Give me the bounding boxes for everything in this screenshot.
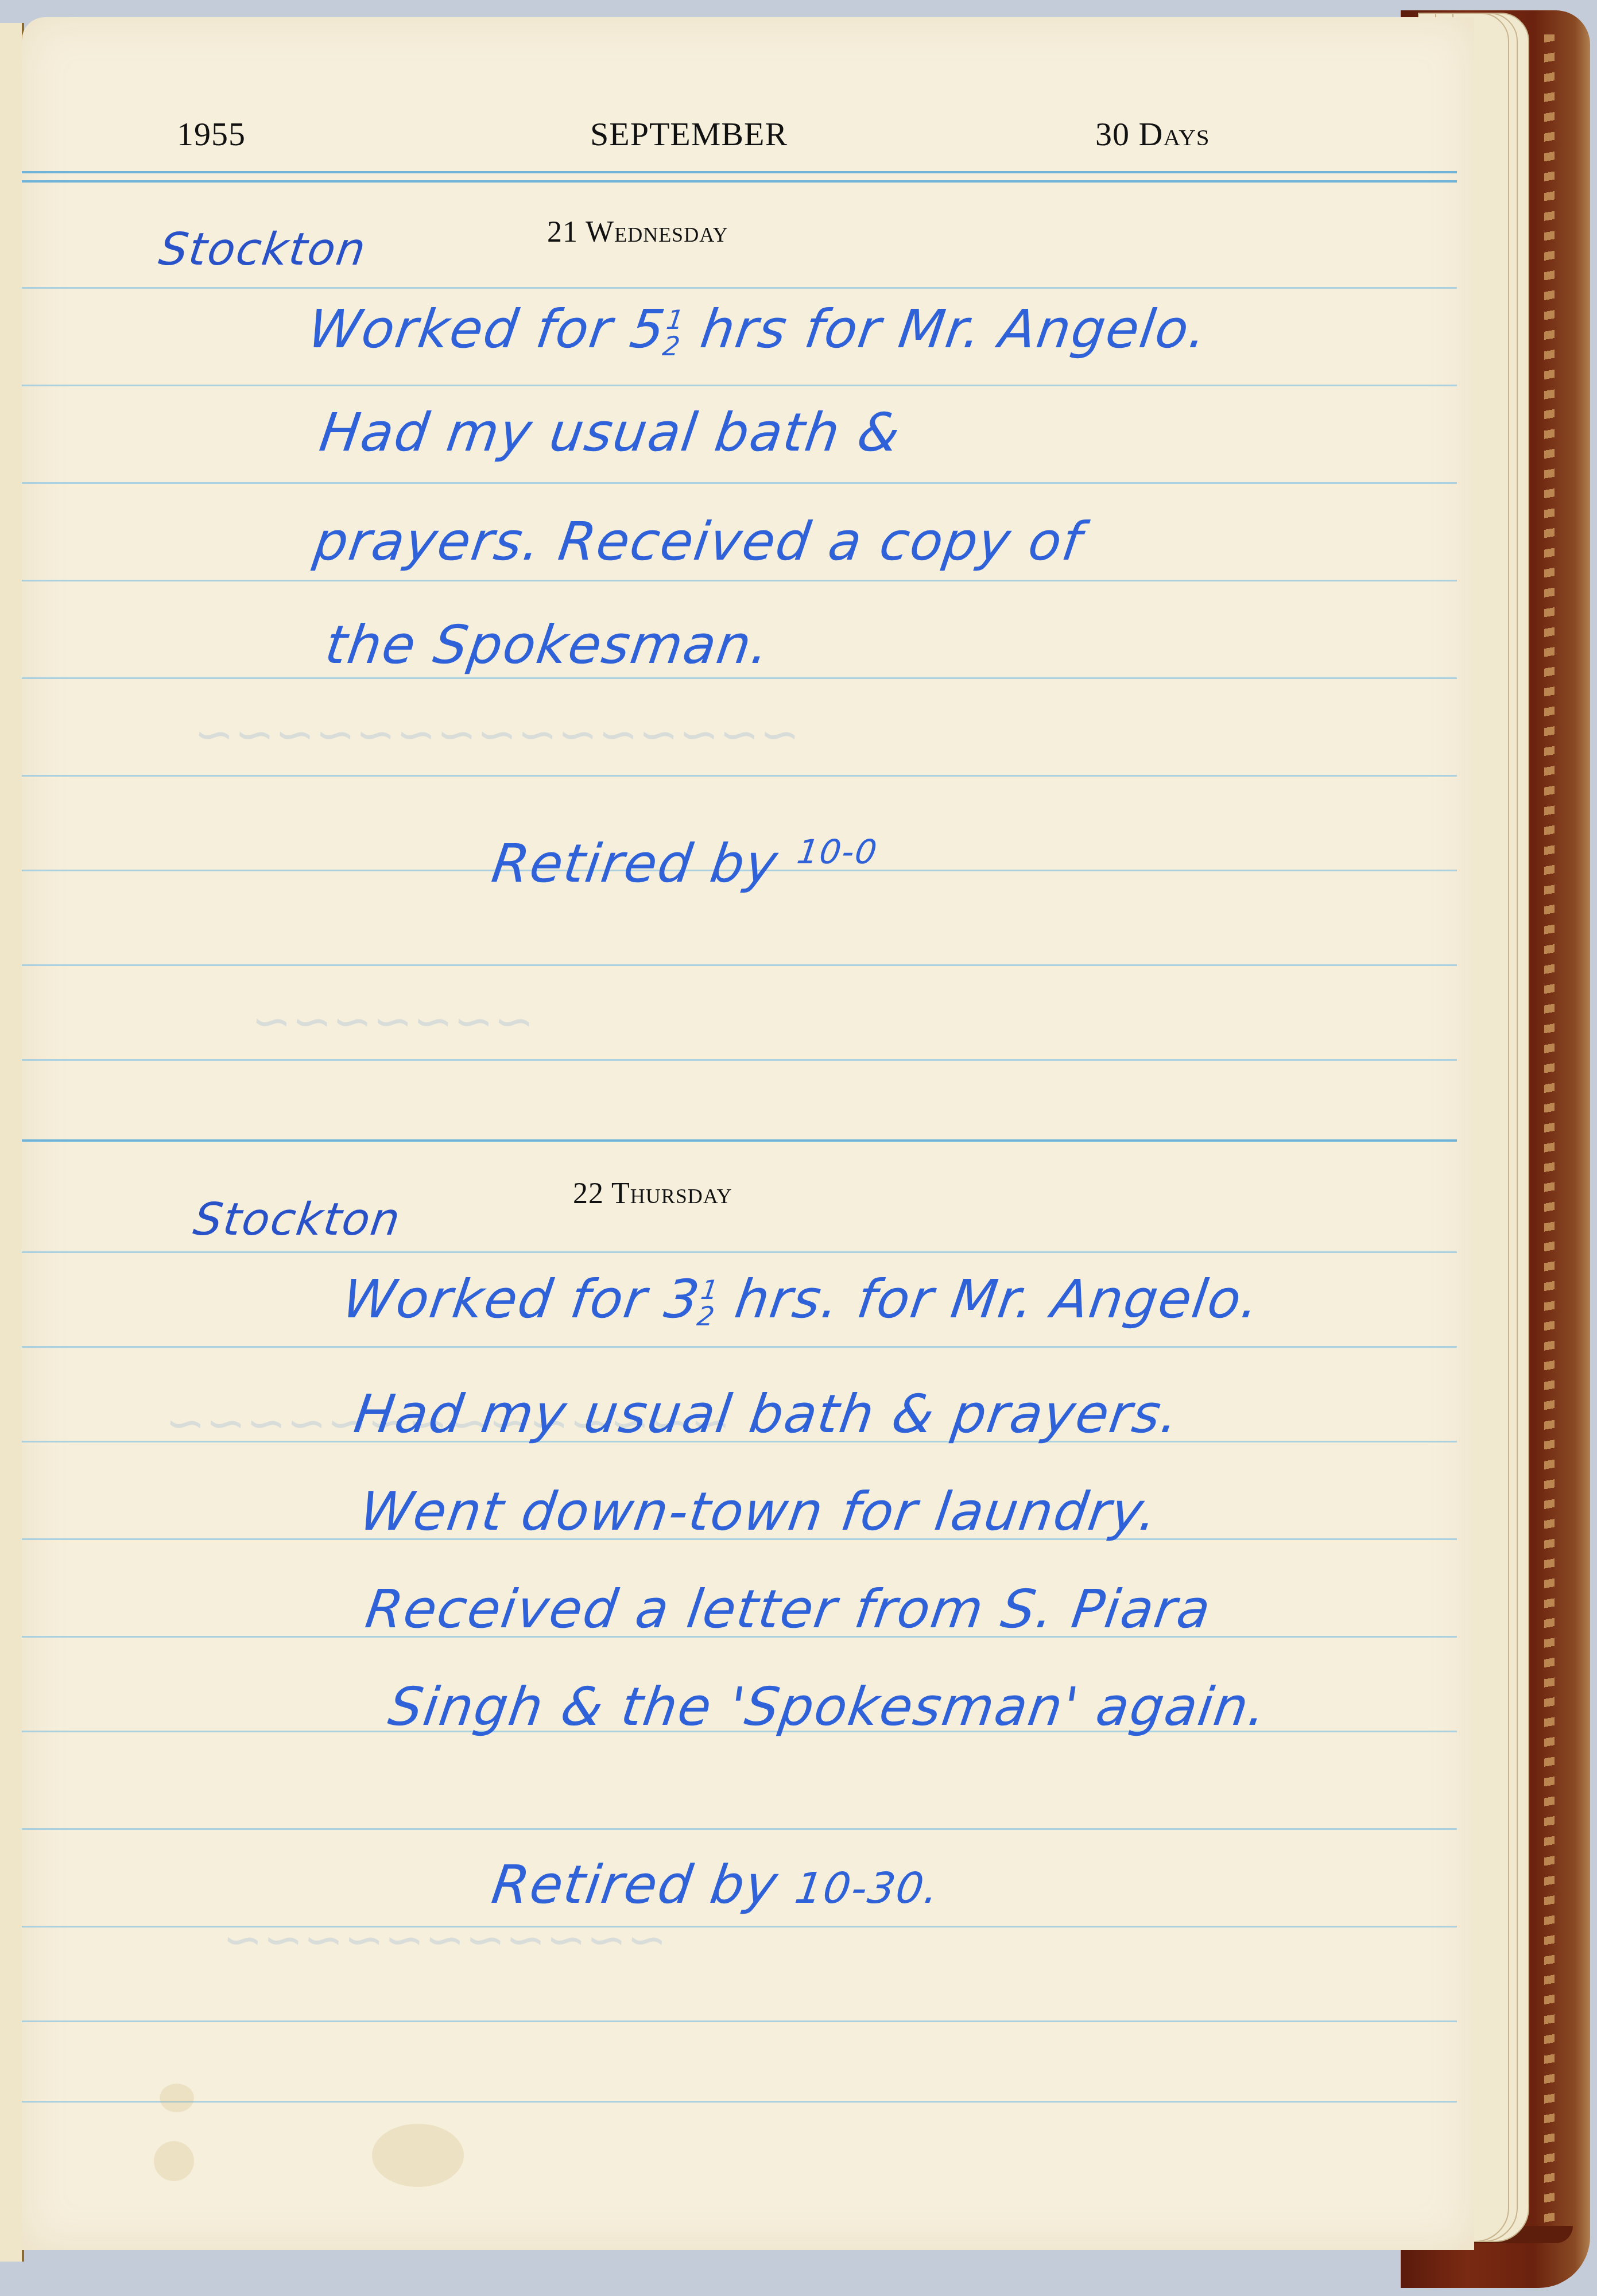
- rule-line: [22, 482, 1457, 484]
- header-days-count: 30 Days: [1095, 115, 1210, 153]
- rule-line: [22, 1251, 1457, 1253]
- rule-line: [22, 677, 1457, 679]
- header-rule: [22, 171, 1457, 173]
- entry-line: Worked for 312 hrs. for Mr. Angelo.: [339, 1269, 1263, 1330]
- header-month: SEPTEMBER: [590, 115, 788, 153]
- date-number: 21: [547, 216, 578, 249]
- cover-stitching: [1544, 34, 1555, 2250]
- entry-line: Singh & the 'Spokesman' again.: [385, 1676, 1271, 1737]
- rule-line: [22, 964, 1457, 966]
- retired-time: 10-30.: [792, 1864, 943, 1913]
- header-rule: [22, 180, 1457, 183]
- rule-line: [22, 775, 1457, 777]
- line-text: hrs for Mr. Angelo.: [679, 298, 1212, 360]
- rule-line: [22, 1346, 1457, 1348]
- rule-line: [22, 2020, 1457, 2022]
- rule-line: [22, 1059, 1457, 1061]
- bleed-through-text: ~~~~~~~~~~~: [220, 1911, 670, 1968]
- left-facing-page: [0, 23, 24, 2262]
- line-text: hrs. for Mr. Angelo.: [714, 1269, 1264, 1330]
- line-text: Worked for 3: [339, 1269, 704, 1330]
- bleed-through-text: ~~~~~~~~~~~~~~~: [191, 706, 803, 762]
- retired-line: Retired by 10-0: [488, 832, 880, 894]
- entry-date: 21 Wednesday: [547, 215, 728, 249]
- rule-line: [22, 580, 1457, 581]
- entry-line: prayers. Received a copy of: [310, 511, 1086, 572]
- entry-place: Stockton: [191, 1194, 404, 1246]
- date-number: 22: [573, 1177, 604, 1210]
- rule-line: [22, 287, 1457, 289]
- rule-line: [22, 385, 1457, 386]
- entry-line: Had my usual bath &: [316, 402, 904, 463]
- entry-line: Had my usual bath & prayers.: [350, 1383, 1183, 1445]
- entry-place: Stockton: [156, 224, 370, 276]
- paper-stain: [154, 2141, 194, 2181]
- retired-text: Retired by: [488, 833, 782, 894]
- weekday: Wednesday: [586, 216, 728, 249]
- retired-text: Retired by: [488, 1854, 782, 1915]
- paper-stain: [372, 2124, 464, 2187]
- entry-line: the Spokesman.: [321, 614, 774, 676]
- retired-line: Retired by 10-30.: [488, 1854, 944, 1915]
- retired-time: 10-0: [794, 832, 880, 871]
- line-text: Worked for 5: [304, 298, 669, 360]
- day-separator-rule: [22, 1139, 1457, 1142]
- entry-date: 22 Thursday: [573, 1177, 732, 1211]
- paper-stain: [160, 2084, 194, 2112]
- entry-line: Went down-town for laundry.: [356, 1481, 1162, 1542]
- diary-page: ~~~~~~~~~~~~~~~ ~~~~~~~ ~~~~~~~~~~~~~~ ~…: [22, 17, 1474, 2250]
- weekday: Thursday: [611, 1177, 732, 1210]
- entry-line: Worked for 512 hrs for Mr. Angelo.: [304, 298, 1211, 360]
- rule-line: [22, 1828, 1457, 1830]
- header-year: 1955: [177, 115, 246, 153]
- bleed-through-text: ~~~~~~~: [249, 993, 537, 1049]
- entry-line: Received a letter from S. Piara: [362, 1578, 1215, 1640]
- rule-line: [22, 2101, 1457, 2103]
